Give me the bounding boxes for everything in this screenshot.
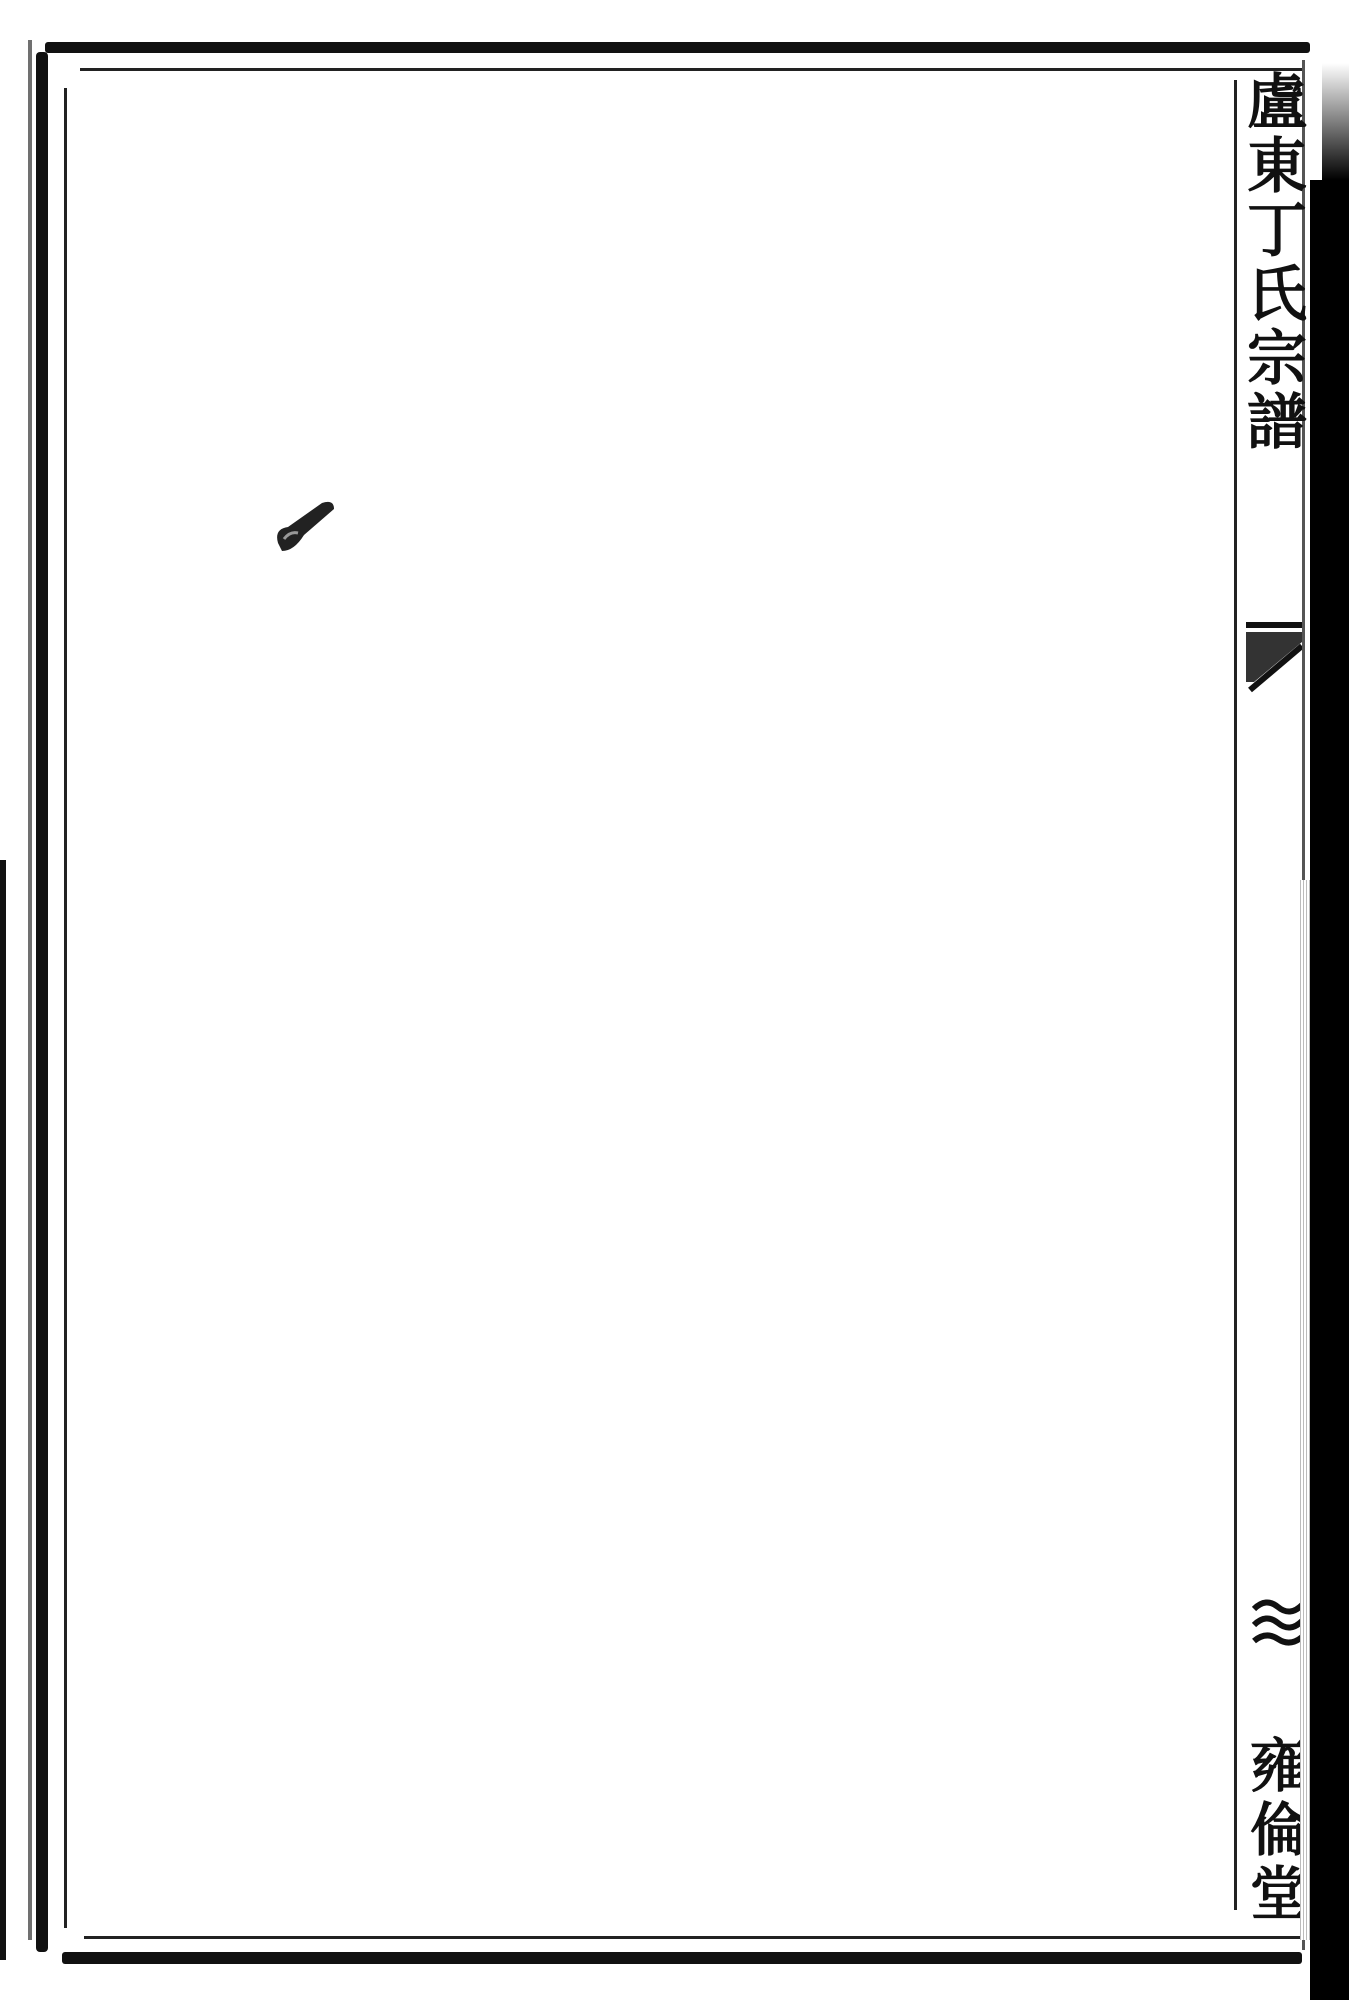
spine-shadow [1310, 180, 1349, 2000]
outer-frame-left [36, 52, 48, 1952]
adjacent-page-edge [0, 860, 6, 1960]
page-edge-fibers [1300, 880, 1310, 1940]
spine-shadow-top [1322, 0, 1349, 180]
inner-frame-top [80, 68, 1305, 71]
outer-frame-bottom [62, 1952, 1302, 1964]
inner-frame-bottom [84, 1936, 1304, 1939]
wave-mark-icon [1252, 1595, 1302, 1655]
adjacent-page-rule [28, 40, 32, 1940]
black-fishtail-mark-icon [1246, 622, 1302, 694]
banxin-hall-name: 雍倫堂 [1244, 1735, 1304, 1927]
banxin-title: 盧東丁氏宗譜 [1240, 70, 1304, 454]
outer-frame-top [45, 42, 1310, 53]
inner-frame-left [64, 88, 67, 1928]
ink-smudge-icon [270, 495, 340, 555]
